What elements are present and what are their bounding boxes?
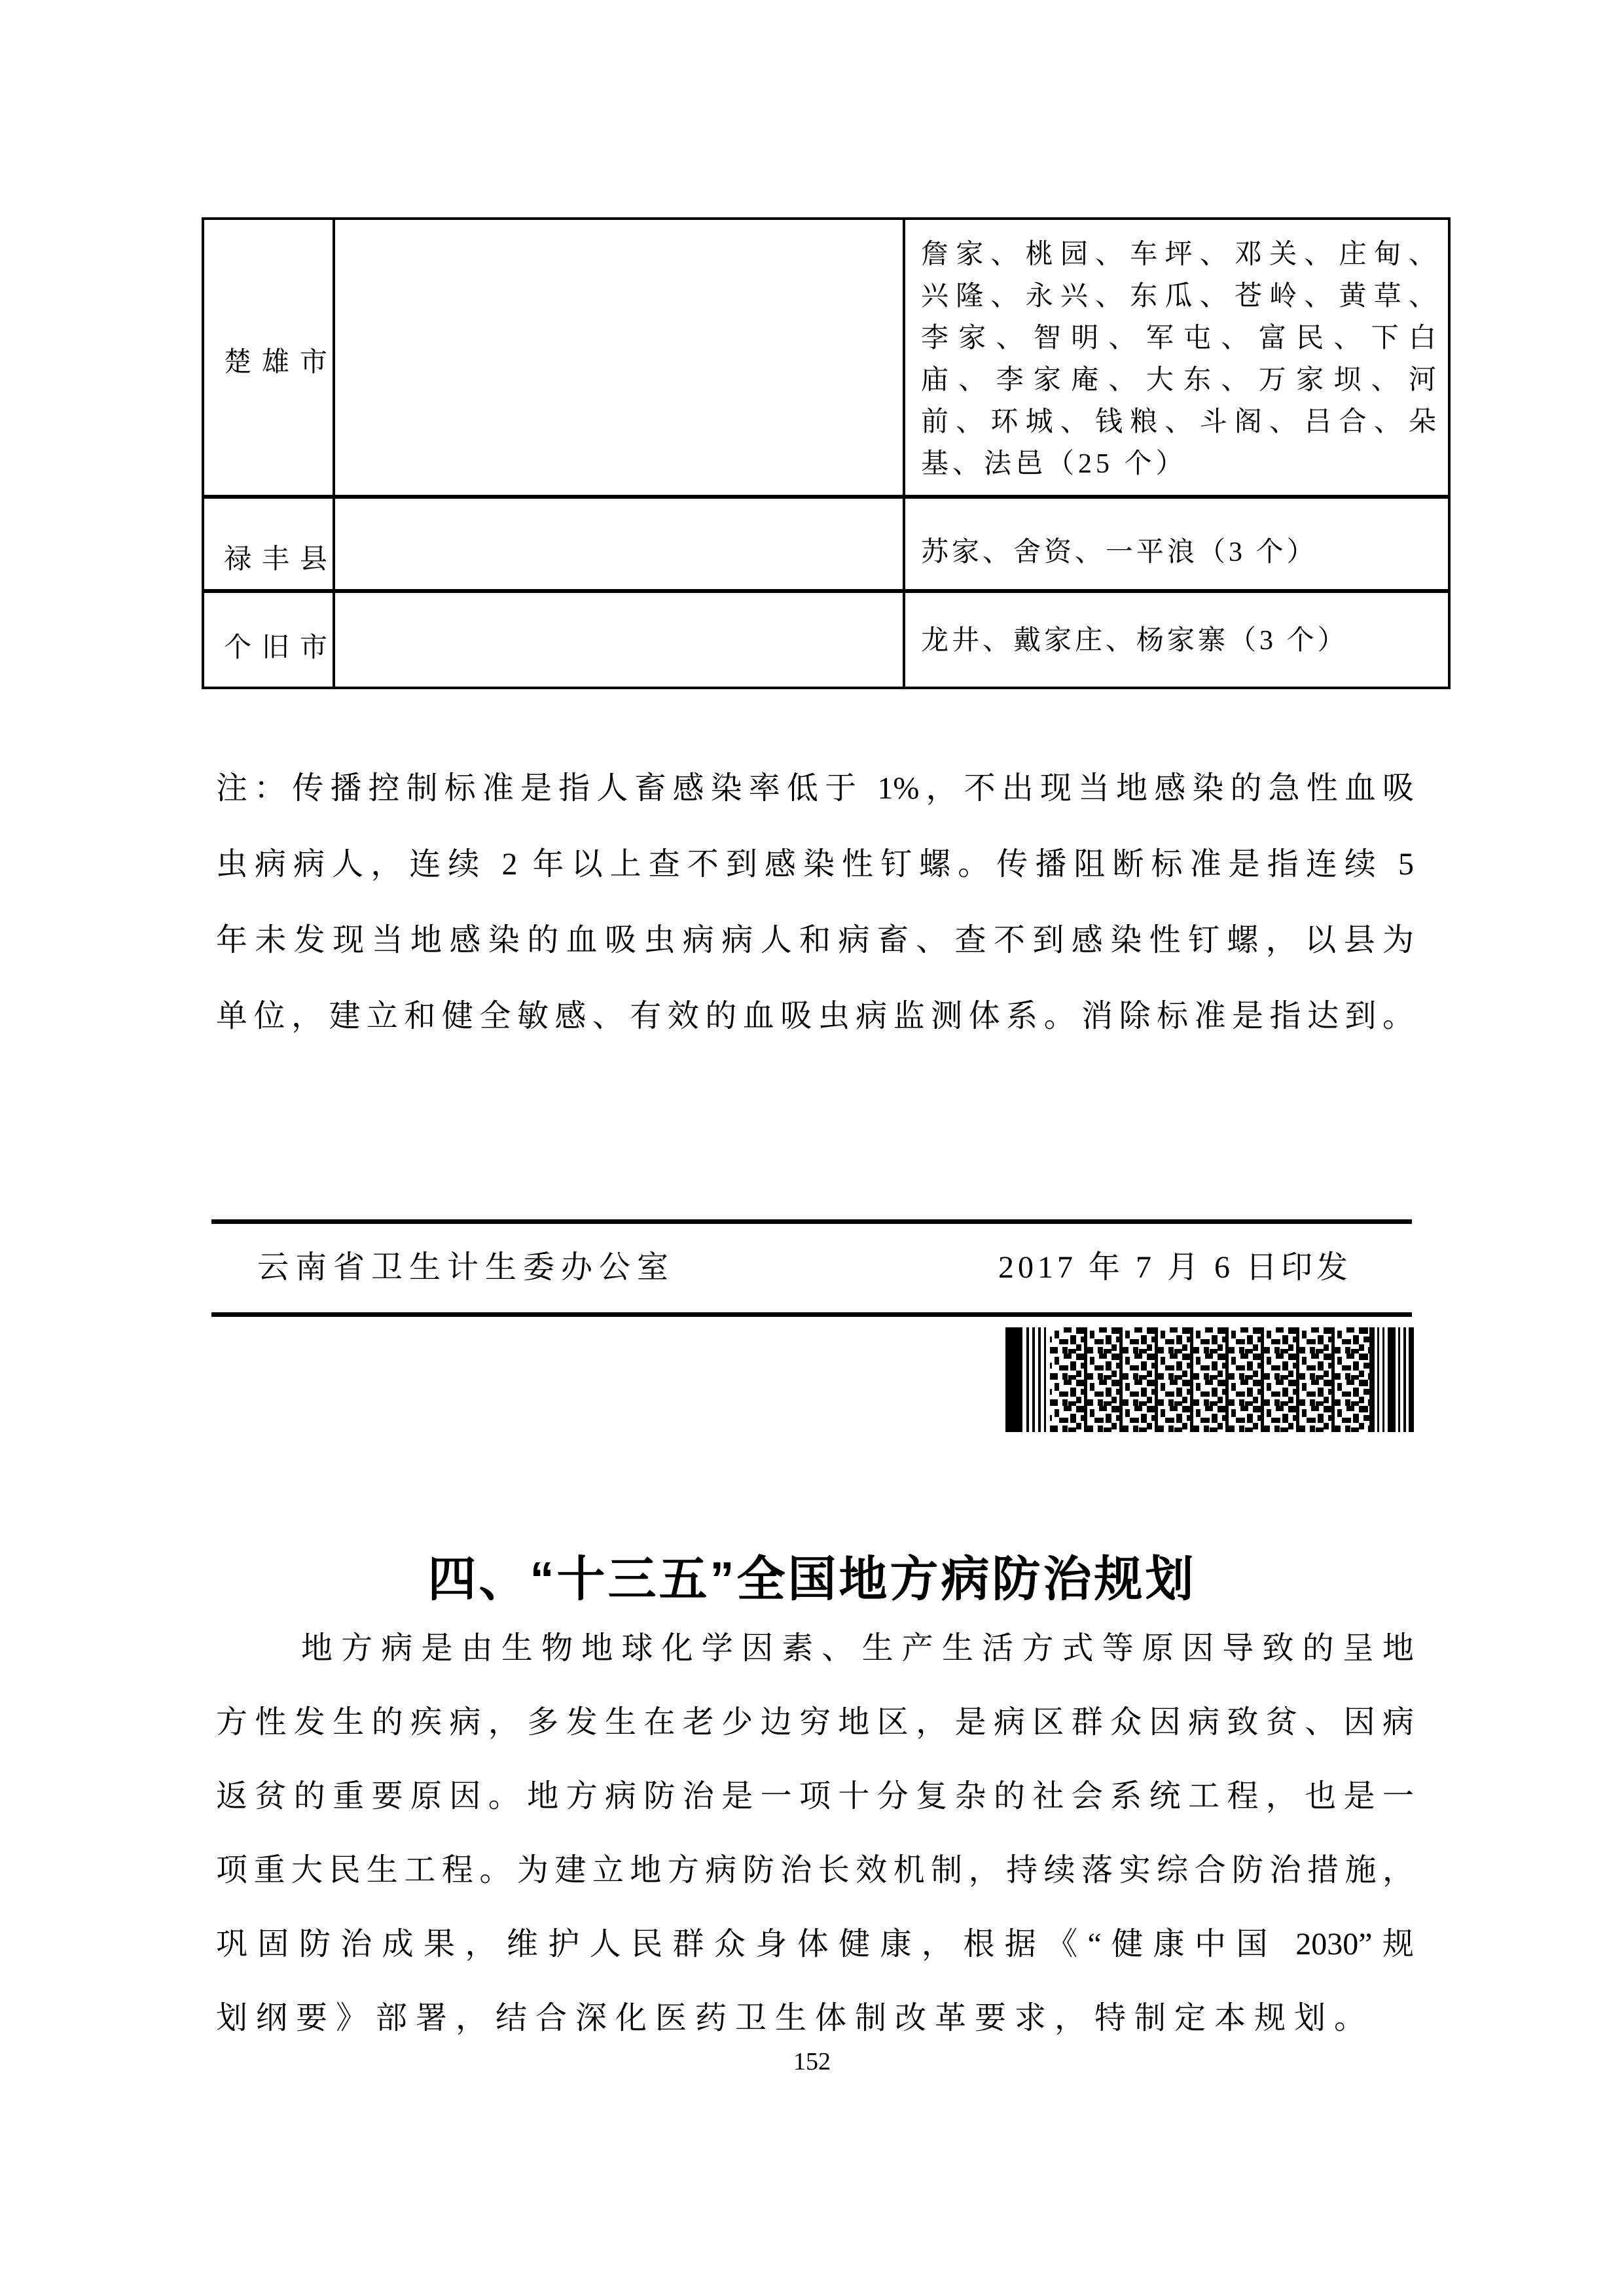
places-line: 基、法邑（25 个）: [921, 443, 1436, 485]
pdf417-barcode-icon: [1005, 1327, 1414, 1432]
continuation-table: 楚雄市 詹家、桃园、车坪、邓关、庄甸、 兴隆、永兴、东瓜、苍岭、黄草、 李家、智…: [202, 217, 1451, 689]
region-cell: 个旧市: [224, 627, 338, 669]
body-line: 方性发生的疾病，多发生在老少边穷地区，是病区群众因病致贫、因病: [216, 1685, 1414, 1759]
places-line: 前、环城、钱粮、斗阁、吕合、朵: [921, 401, 1436, 443]
document-page: 楚雄市 詹家、桃园、车坪、邓关、庄甸、 兴隆、永兴、东瓜、苍岭、黄草、 李家、智…: [0, 0, 1624, 2296]
region-cell: 楚雄市: [224, 342, 338, 384]
footer-rule-bottom: [211, 1312, 1412, 1317]
body-paragraph: 地方病是由生物地球化学因素、生产生活方式等原因导致的呈地 方性发生的疾病，多发生…: [216, 1611, 1414, 2055]
page-number: 152: [0, 2047, 1624, 2076]
issuer-name: 云南省卫生计生委办公室: [257, 1248, 675, 1287]
places-cell: 龙井、戴家庄、杨家寨（3 个）: [921, 620, 1348, 662]
places-line: 兴隆、永兴、东瓜、苍岭、黄草、: [921, 276, 1436, 317]
table-column-divider-1: [333, 220, 335, 687]
body-line: 返贫的重要原因。地方病防治是一项十分复杂的社会系统工程，也是一: [216, 1759, 1414, 1833]
footer-rule-top: [211, 1219, 1412, 1224]
table-column-divider-2: [903, 220, 905, 687]
places-cell: 苏家、舍资、一平浪（3 个）: [921, 531, 1318, 573]
places-line: 詹家、桃园、车坪、邓关、庄甸、: [921, 234, 1436, 276]
section-heading: 四、“十三五”全国地方病防治规划: [0, 1550, 1624, 1609]
places-cell: 詹家、桃园、车坪、邓关、庄甸、 兴隆、永兴、东瓜、苍岭、黄草、 李家、智明、军屯…: [921, 234, 1436, 485]
table-row-divider-1: [204, 495, 1448, 499]
region-cell: 禄丰县: [224, 539, 338, 581]
note-line: 注：传播控制标准是指人畜感染率低于 1%，不出现当地感染的急性血吸: [216, 751, 1414, 827]
note-line: 年未发现当地感染的血吸虫病病人和病畜、查不到感染性钉螺，以县为: [216, 903, 1414, 978]
print-date: 2017 年 7 月 6 日印发: [998, 1248, 1352, 1287]
body-line: 地方病是由生物地球化学因素、生产生活方式等原因导致的呈地: [216, 1611, 1414, 1685]
body-line: 划纲要》部署，结合深化医药卫生体制改革要求，特制定本规划。: [216, 1981, 1414, 2055]
table-row-divider-2: [204, 589, 1448, 593]
note-line: 单位，建立和健全敏感、有效的血吸虫病监测体系。消除标准是指达到。: [216, 978, 1414, 1054]
places-line: 庙、李家庵、大东、万家坝、河: [921, 359, 1436, 401]
note-line: 虫病病人，连续 2 年以上查不到感染性钉螺。传播阻断标准是指连续 5: [216, 827, 1414, 903]
body-line: 项重大民生工程。为建立地方病防治长效机制，持续落实综合防治措施，: [216, 1833, 1414, 1907]
body-line: 巩固防治成果，维护人民群众身体健康，根据《“健康中国 2030”规: [216, 1907, 1414, 1981]
places-line: 李家、智明、军屯、富民、下白: [921, 317, 1436, 359]
note-paragraph: 注：传播控制标准是指人畜感染率低于 1%，不出现当地感染的急性血吸 虫病病人，连…: [216, 751, 1414, 1054]
